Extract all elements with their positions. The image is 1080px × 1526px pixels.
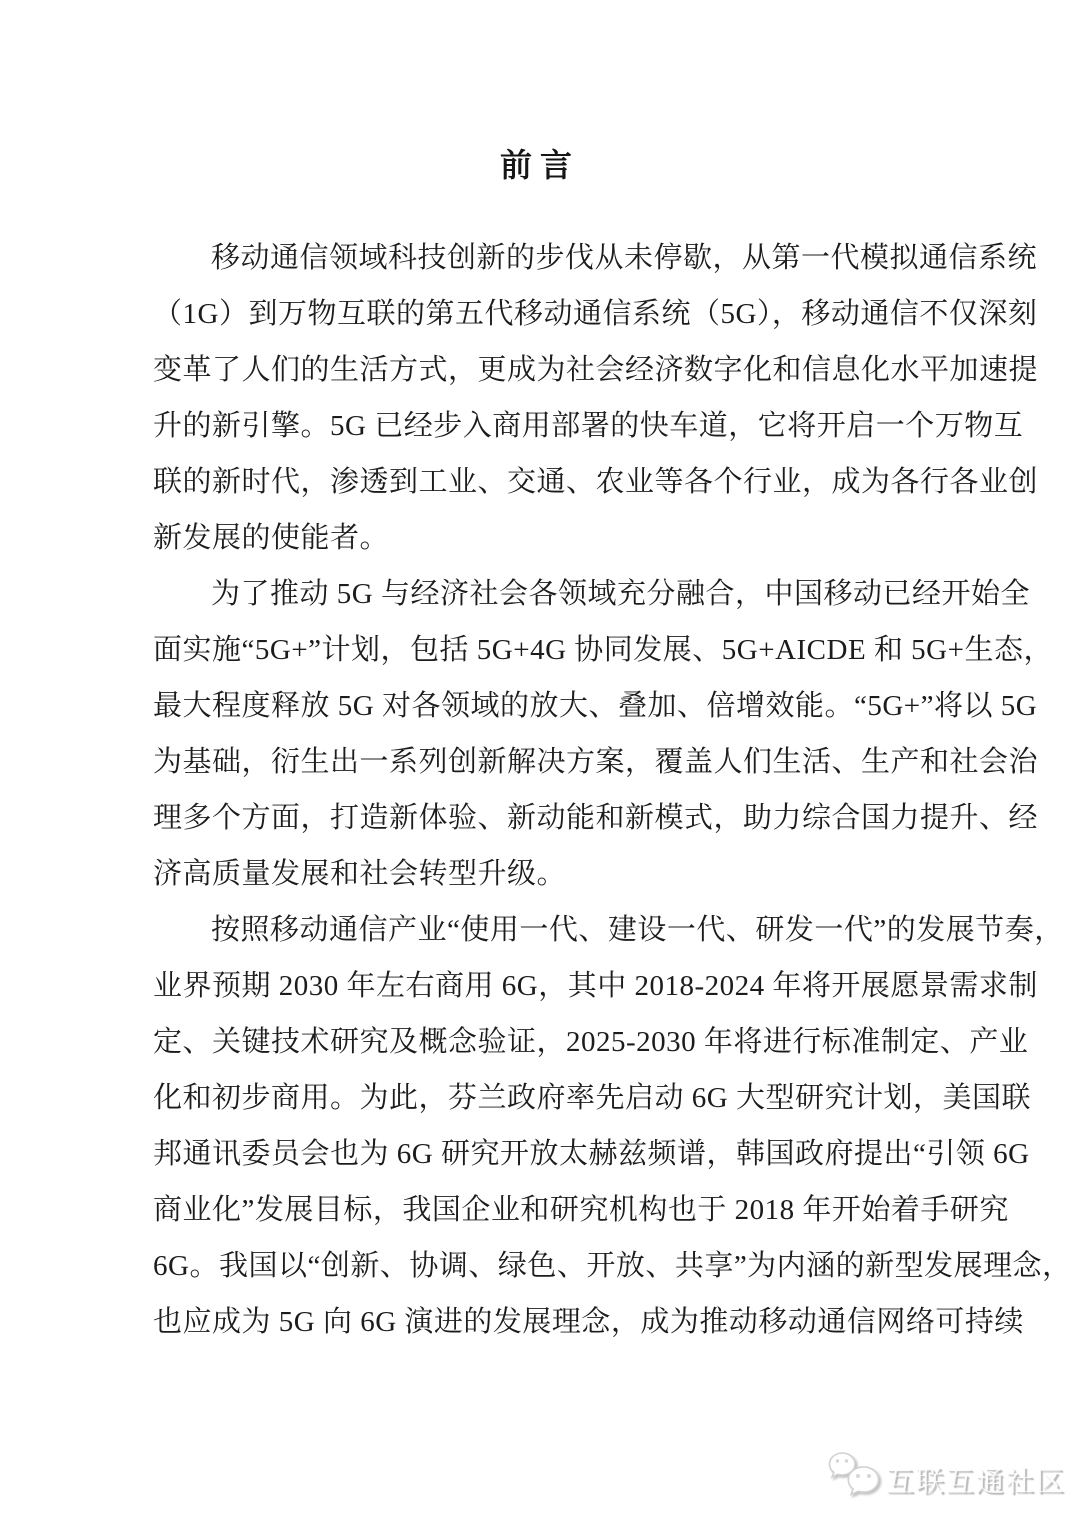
text-line: 定、关键技术研究及概念验证，2025-2030 年将进行标准制定、产业 xyxy=(153,1014,935,1070)
watermark-label: 互联互通社区 xyxy=(886,1460,1066,1500)
text-line: 移动通信领域科技创新的步伐从未停歇，从第一代模拟通信系统 xyxy=(153,230,935,286)
text-line: 变革了人们的生活方式，更成为社会经济数字化和信息化水平加速提 xyxy=(153,342,935,398)
text-line: 济高质量发展和社会转型升级。 xyxy=(153,846,935,902)
wechat-icon xyxy=(828,1452,880,1507)
text-line: （1G）到万物互联的第五代移动通信系统（5G），移动通信不仅深刻 xyxy=(153,286,935,342)
paragraph: 为了推动 5G 与经济社会各领域充分融合，中国移动已经开始全 面实施“5G+”计… xyxy=(153,566,935,902)
text-line: 面实施“5G+”计划，包括 5G+4G 协同发展、5G+AICDE 和 5G+生… xyxy=(153,622,935,678)
watermark: 互联互通社区 xyxy=(828,1452,1066,1507)
document-body: 移动通信领域科技创新的步伐从未停歇，从第一代模拟通信系统 （1G）到万物互联的第… xyxy=(153,230,935,1350)
text-line: 为基础，衍生出一系列创新解决方案，覆盖人们生活、生产和社会治 xyxy=(153,734,935,790)
text-line: 联的新时代，渗透到工业、交通、农业等各个行业，成为各行各业创 xyxy=(153,454,935,510)
text-line: 化和初步商用。为此，芬兰政府率先启动 6G 大型研究计划，美国联 xyxy=(153,1070,935,1126)
text-line: 业界预期 2030 年左右商用 6G，其中 2018-2024 年将开展愿景需求… xyxy=(153,958,935,1014)
text-line: 6G。我国以“创新、协调、绿色、开放、共享”为内涵的新型发展理念， xyxy=(153,1238,935,1294)
paragraph: 移动通信领域科技创新的步伐从未停歇，从第一代模拟通信系统 （1G）到万物互联的第… xyxy=(153,230,935,566)
text-line: 为了推动 5G 与经济社会各领域充分融合，中国移动已经开始全 xyxy=(153,566,935,622)
text-line: 邦通讯委员会也为 6G 研究开放太赫兹频谱，韩国政府提出“引领 6G xyxy=(153,1126,935,1182)
text-line: 也应成为 5G 向 6G 演进的发展理念，成为推动移动通信网络可持续 xyxy=(153,1294,935,1350)
text-line: 理多个方面，打造新体验、新动能和新模式，助力综合国力提升、经 xyxy=(153,790,935,846)
text-line: 商业化”发展目标，我国企业和研究机构也于 2018 年开始着手研究 xyxy=(153,1182,935,1238)
text-line: 按照移动通信产业“使用一代、建设一代、研发一代”的发展节奏， xyxy=(153,902,935,958)
text-line: 升的新引擎。5G 已经步入商用部署的快车道，它将开启一个万物互 xyxy=(153,398,935,454)
text-line: 最大程度释放 5G 对各领域的放大、叠加、倍增效能。“5G+”将以 5G xyxy=(153,678,935,734)
paragraph: 按照移动通信产业“使用一代、建设一代、研发一代”的发展节奏， 业界预期 2030… xyxy=(153,902,935,1350)
page-title: 前言 xyxy=(0,140,1080,186)
document-page: 前言 移动通信领域科技创新的步伐从未停歇，从第一代模拟通信系统 （1G）到万物互… xyxy=(0,0,1080,1526)
text-line: 新发展的使能者。 xyxy=(153,510,935,566)
